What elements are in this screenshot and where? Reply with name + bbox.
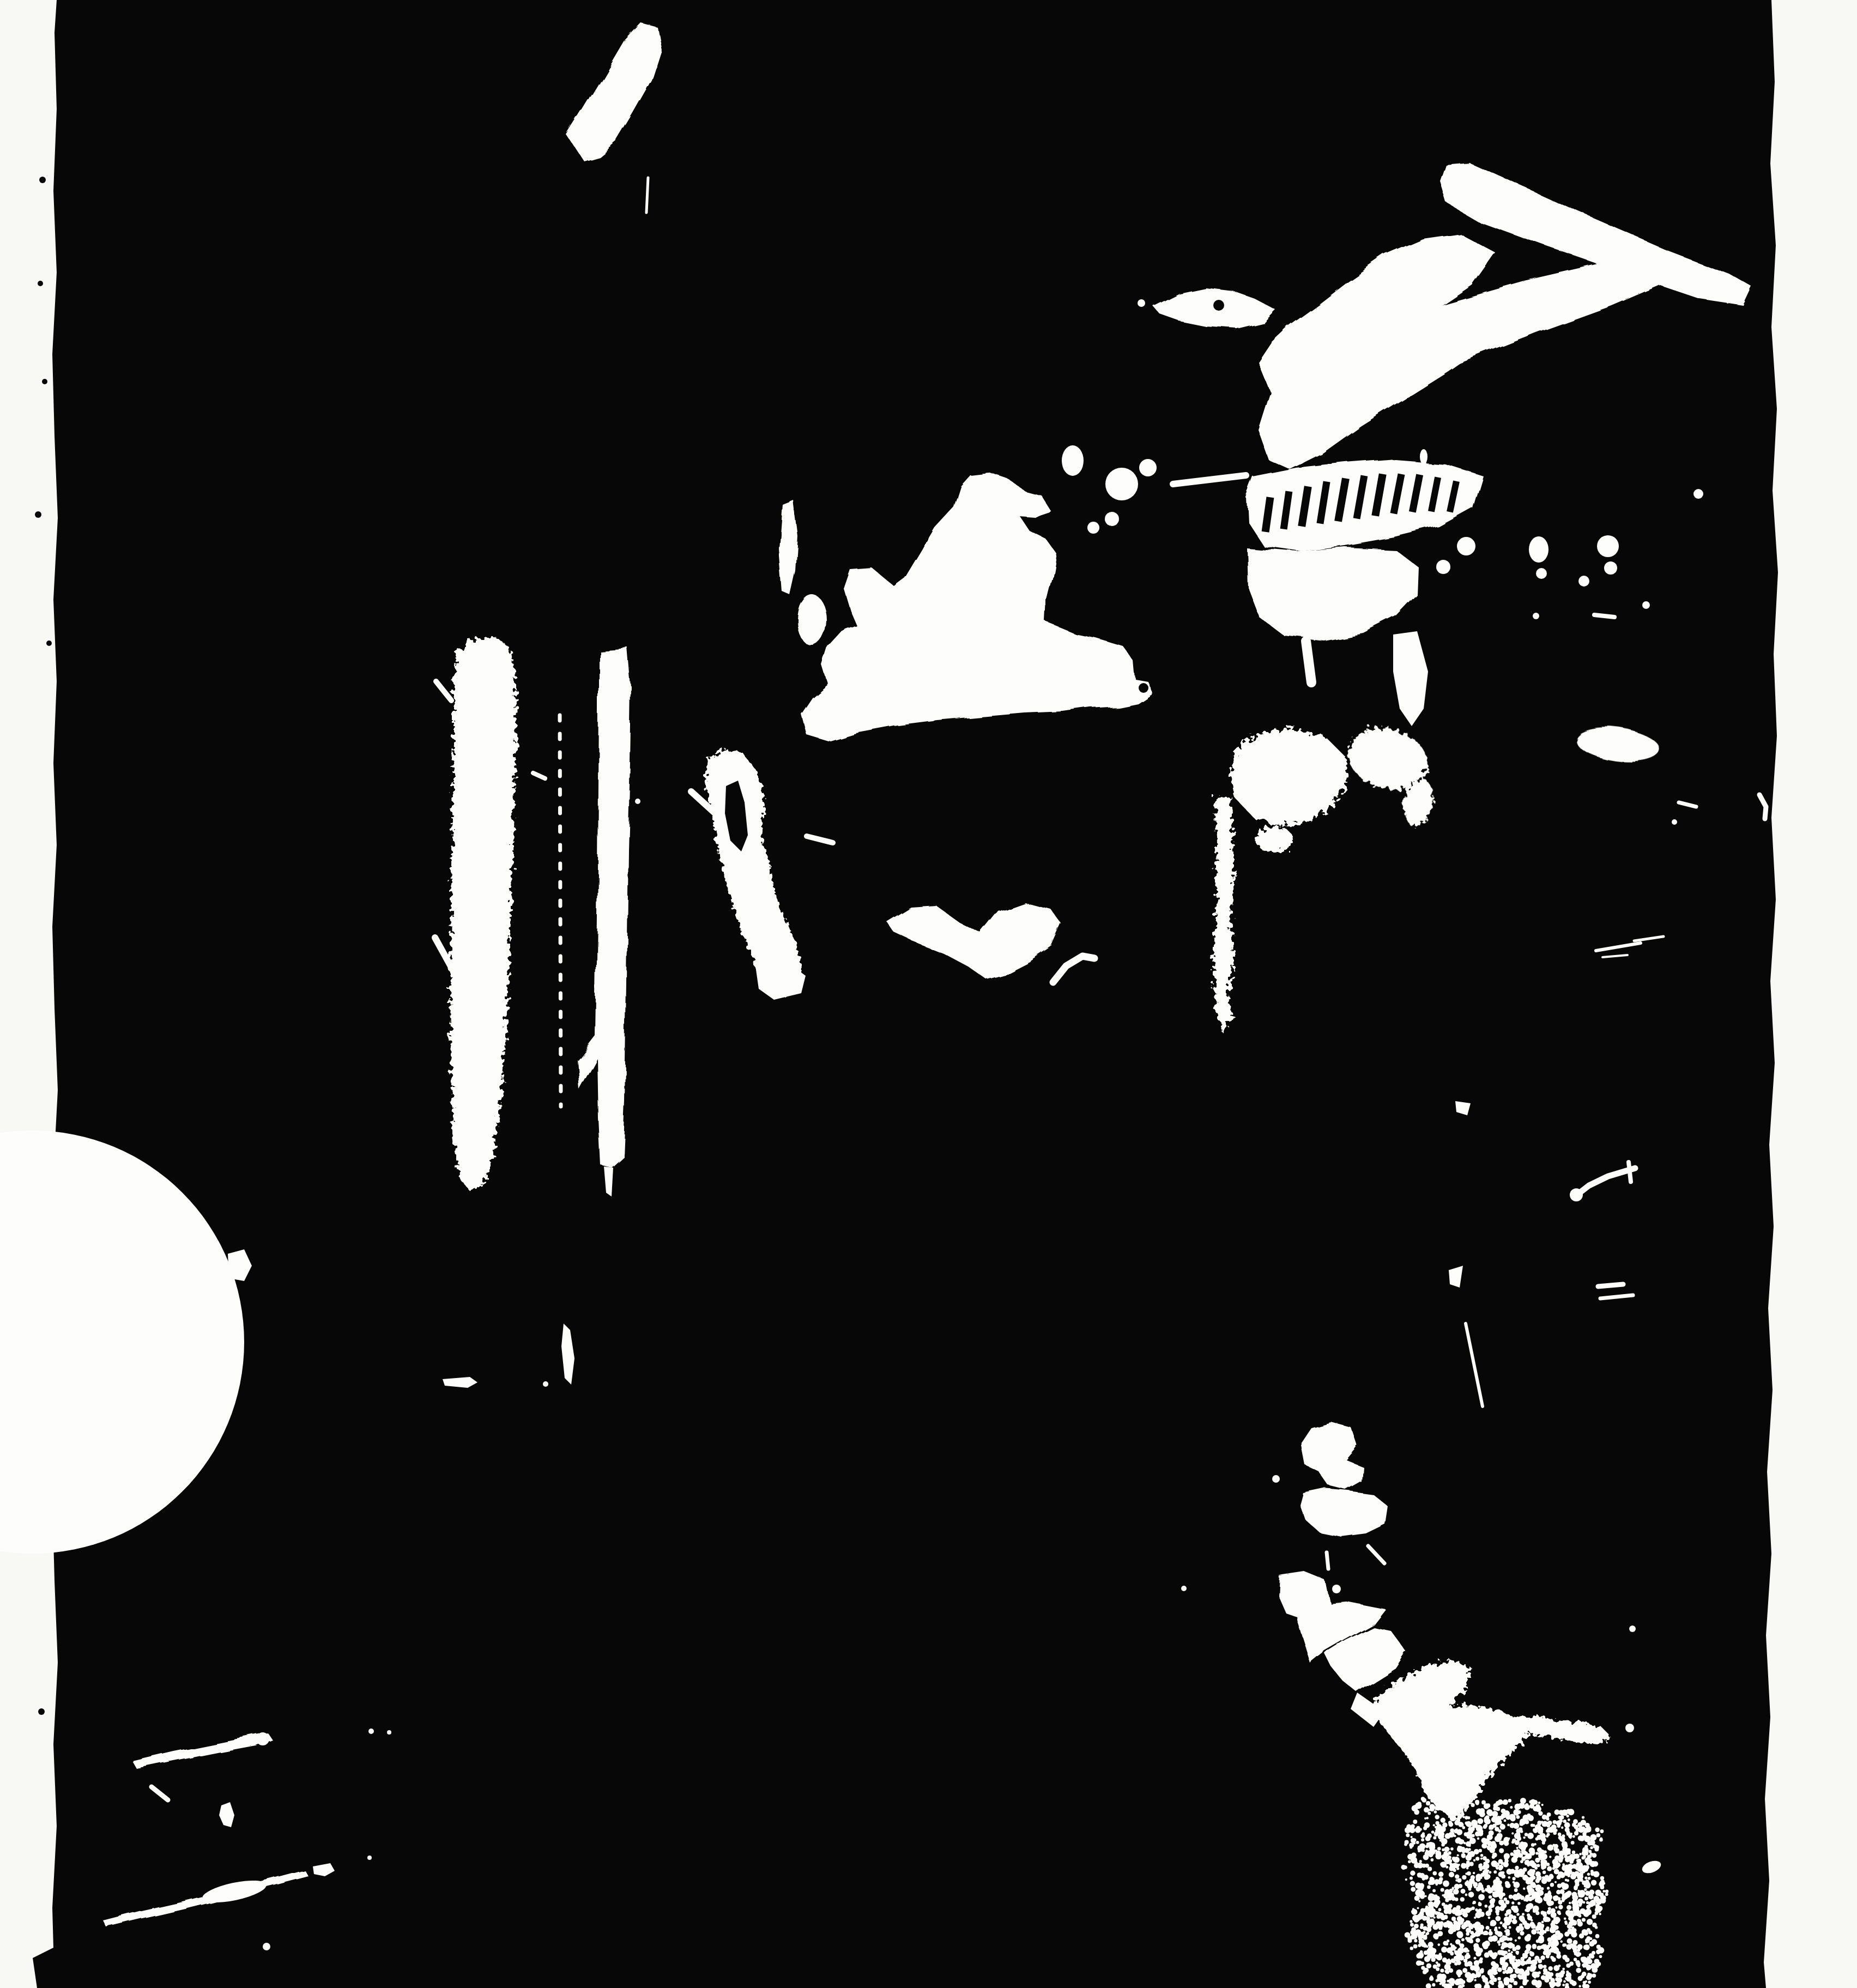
speckle-dot <box>1584 1836 1590 1842</box>
swoosh-head <box>1570 1188 1583 1201</box>
speckle-dot <box>1437 1901 1439 1904</box>
speckle-dot <box>1573 1907 1580 1914</box>
speckle-dot <box>1479 1912 1485 1917</box>
speckle-dot <box>1576 1968 1581 1973</box>
speckle-dot <box>1493 1963 1499 1969</box>
speckle-dot <box>1541 1864 1546 1869</box>
speckle-dot <box>1544 1944 1547 1948</box>
speckle-dot <box>1496 1866 1499 1870</box>
speckle-dot <box>1520 1830 1523 1833</box>
speckle-dot <box>1589 1953 1593 1957</box>
speckle-dot <box>1458 1822 1463 1827</box>
speckle-dot <box>1434 1879 1439 1884</box>
speckle-dot <box>1566 1905 1571 1910</box>
speckle-dot <box>1425 1911 1431 1917</box>
speckle-dot <box>1423 1970 1427 1974</box>
speckle-dot <box>1598 1906 1602 1911</box>
speck <box>368 1729 374 1734</box>
speckle-dot <box>1448 1822 1453 1827</box>
speckle-dot <box>1448 1929 1454 1934</box>
speckle-dot <box>1562 1896 1566 1901</box>
speckle-dot <box>1557 1911 1561 1914</box>
speckle-dot <box>1595 1845 1599 1850</box>
speckle-dot <box>1528 1957 1532 1960</box>
speckle-dot <box>1449 1968 1453 1973</box>
speckle-dot <box>1489 1847 1495 1853</box>
speckle-dot <box>1485 1905 1488 1908</box>
speckle-dot <box>1520 1960 1526 1966</box>
speckle-dot <box>1442 1957 1447 1962</box>
speckle-dot <box>1437 1963 1441 1967</box>
console-drip-2 <box>1306 641 1311 682</box>
speckle-dot <box>1530 1961 1533 1964</box>
speckle-dot <box>1516 1815 1520 1819</box>
speckle-dot <box>1534 1801 1538 1805</box>
speckle-dot <box>1554 1856 1559 1860</box>
speckle-dot <box>1419 1860 1422 1863</box>
speckle-dot <box>1547 1877 1552 1882</box>
speckle-dot <box>1495 1972 1498 1974</box>
speckle-dot <box>1507 1824 1510 1827</box>
speckle-dot <box>1516 1953 1519 1955</box>
speckle-dot <box>1460 1806 1464 1810</box>
speckle-dot <box>1497 1910 1500 1913</box>
speckle-dot <box>1554 1881 1557 1883</box>
speck <box>1672 819 1677 825</box>
speckle-dot <box>1574 1885 1578 1889</box>
speckle-dot <box>1586 1936 1590 1941</box>
speck <box>543 1381 548 1387</box>
knob <box>1105 468 1138 500</box>
speckle-dot <box>1514 1897 1517 1900</box>
speckle-dot <box>1515 1866 1519 1870</box>
speckle-dot <box>1454 1835 1456 1838</box>
speckle-dot <box>1592 1967 1598 1973</box>
speckle-dot <box>1417 1802 1422 1806</box>
speckle-dot <box>1602 1890 1605 1893</box>
speckle-dot <box>1502 1893 1505 1896</box>
speckle-dot <box>1466 1937 1472 1943</box>
speckle-dot <box>1535 1838 1539 1841</box>
speckle-dot <box>1455 1925 1461 1931</box>
speckle-dot <box>1420 1924 1424 1927</box>
speckle-dot <box>1487 1885 1490 1888</box>
speckle-dot <box>1411 1887 1416 1892</box>
speckle-dot <box>1411 1927 1416 1932</box>
speckle-dot <box>1465 1972 1471 1978</box>
speckle-dot <box>1547 1945 1551 1949</box>
speckle-dot <box>1508 1967 1511 1971</box>
speckle-dot <box>1426 1843 1429 1845</box>
speckle-dot <box>1582 1856 1585 1859</box>
speckle-dot <box>1466 1908 1469 1911</box>
speckle-dot <box>1499 1871 1504 1876</box>
speckle-dot <box>1414 1895 1420 1901</box>
speckle-dot <box>1498 1799 1503 1805</box>
speckle-dot <box>1537 1931 1540 1933</box>
speckle-dot <box>1492 1811 1498 1817</box>
speckle-dot <box>1508 1799 1511 1802</box>
speckle-dot <box>1514 1888 1518 1892</box>
speckle-dot <box>1455 1808 1457 1811</box>
speckle-dot <box>1455 1898 1459 1901</box>
speckle-dot <box>1577 1890 1580 1892</box>
speckle-dot <box>1430 1806 1435 1811</box>
speckle-dot <box>1571 1841 1575 1845</box>
speckle-dot <box>1457 1932 1463 1938</box>
speckle-dot <box>1420 1962 1424 1965</box>
speckle-dot <box>1454 1980 1457 1984</box>
speckle-dot <box>1475 1874 1481 1880</box>
speckle-dot <box>1504 1930 1507 1933</box>
speckle-dot <box>1437 1847 1441 1851</box>
speckle-dot <box>1547 1866 1552 1871</box>
speckle-dot <box>1495 1930 1499 1935</box>
speckle-dot <box>1513 1852 1519 1858</box>
speckle-dot <box>1535 1911 1539 1915</box>
speckle-dot <box>1516 1847 1519 1849</box>
speckle-dot <box>1511 1832 1514 1834</box>
speckle-dot <box>1431 1830 1435 1834</box>
speckle-dot <box>1543 1911 1546 1915</box>
speckle-dot <box>1410 1947 1413 1950</box>
speckle-dot <box>1564 1886 1567 1889</box>
knob <box>1062 445 1084 476</box>
speckle-dot <box>1493 1870 1497 1874</box>
speckle-dot <box>1438 1872 1444 1877</box>
speckle-dot <box>1595 1926 1598 1929</box>
speckle-dot <box>1516 1832 1521 1836</box>
speckle-dot <box>1547 1827 1552 1833</box>
speckle-dot <box>1533 1807 1538 1811</box>
speckle-dot <box>1509 1926 1511 1929</box>
speckle-dot <box>1504 1943 1509 1947</box>
knob <box>1578 576 1589 587</box>
speckle-dot <box>1498 1926 1501 1929</box>
speckle-dot <box>1481 1843 1487 1848</box>
speckle-dot <box>1450 1894 1454 1898</box>
speckle-dot <box>1495 1805 1498 1808</box>
speckle-dot <box>1455 1939 1461 1945</box>
speck <box>263 1943 270 1950</box>
speckle-dot <box>1492 1892 1498 1898</box>
speckle-dot <box>1511 1906 1516 1911</box>
speckle-dot <box>1533 1910 1536 1913</box>
speckle-dot <box>1533 1967 1536 1970</box>
speckle-dot <box>1529 1816 1532 1818</box>
speckle-dot <box>1439 1921 1444 1926</box>
speckle-dot <box>1543 1965 1547 1968</box>
speckle-dot <box>1519 1916 1525 1921</box>
speckle-dot <box>1588 1981 1591 1984</box>
speckle-dot <box>1419 1844 1426 1850</box>
speckle-dot <box>1577 1952 1581 1956</box>
speckle-dot <box>1462 1968 1467 1973</box>
speckle-dot <box>1449 1859 1453 1863</box>
speckle-dot <box>1479 1814 1481 1816</box>
speckle-dot <box>1502 1802 1505 1805</box>
speckle-dot <box>1584 1888 1587 1891</box>
speckle-dot <box>1505 1900 1510 1905</box>
speckle-dot <box>1410 1877 1413 1880</box>
speckle-dot <box>1410 1923 1414 1927</box>
speckle-dot <box>1429 1842 1433 1846</box>
speckle-dot <box>1473 1859 1475 1862</box>
speckle-dot <box>1466 1977 1472 1983</box>
speckle-dot <box>1478 1884 1483 1889</box>
speckle-dot <box>1480 1858 1483 1860</box>
speckle-dot <box>1468 1892 1474 1898</box>
speckle-dot <box>1525 1833 1528 1836</box>
speckle-dot <box>1475 1800 1479 1804</box>
speckle-dot <box>1538 1802 1541 1804</box>
speckle-dot <box>1587 1855 1591 1859</box>
speckle-dot <box>1498 1899 1504 1905</box>
speckle-dot <box>1523 1978 1526 1981</box>
speckle-dot <box>1445 1866 1448 1869</box>
speckle-dot <box>1436 1798 1439 1801</box>
speckle-dot <box>1540 1955 1545 1960</box>
speckle-dot <box>1462 1826 1466 1829</box>
speckle-dot <box>1488 1917 1491 1919</box>
speckle-dot <box>1573 1940 1578 1945</box>
speckle-dot <box>1518 1936 1521 1939</box>
speckle-dot <box>1455 1910 1462 1916</box>
speckle-dot <box>1461 1938 1465 1941</box>
speckle-dot <box>1523 1888 1525 1890</box>
margin-speck <box>38 1708 45 1715</box>
speckle-dot <box>1514 1871 1520 1877</box>
speckle-dot <box>1584 1944 1589 1950</box>
speckle-dot <box>1419 1873 1425 1878</box>
speckle-dot <box>1478 1831 1483 1836</box>
speckle-dot <box>1537 1875 1542 1881</box>
speckle-dot <box>1588 1930 1592 1934</box>
speckle-dot <box>1578 1914 1582 1918</box>
speckle-dot <box>1474 1979 1477 1981</box>
knob <box>1597 535 1619 557</box>
speckle-dot <box>1458 1864 1460 1866</box>
speckle-dot <box>1549 1856 1551 1858</box>
speckle-dot <box>1448 1856 1451 1859</box>
knob <box>1420 449 1427 464</box>
speckle-dot <box>1584 1897 1588 1901</box>
speckle-dot <box>1533 1980 1535 1982</box>
speckle-dot <box>1550 1883 1554 1887</box>
speckle-dot <box>1582 1929 1588 1935</box>
speckle-dot <box>1565 1879 1568 1882</box>
speckle-dot <box>1473 1883 1476 1887</box>
speckle-dot <box>1517 1894 1522 1899</box>
speckle-dot <box>1452 1857 1456 1860</box>
speckle-dot <box>1424 1950 1428 1955</box>
speckle-dot <box>1413 1820 1417 1824</box>
speckle-dot <box>1599 1955 1602 1958</box>
speckle-dot <box>1420 1950 1423 1953</box>
speckle-dot <box>1558 1905 1563 1909</box>
speckle-dot <box>1491 1885 1498 1892</box>
speckle-dot <box>1442 1902 1445 1906</box>
speckle-dot <box>1439 1983 1442 1985</box>
speckle-dot <box>1590 1870 1594 1873</box>
speckle-dot <box>1472 1933 1476 1937</box>
speckle-dot <box>1412 1933 1417 1939</box>
speckle-dot <box>1436 1802 1439 1805</box>
speckle-dot <box>1563 1865 1565 1868</box>
speckle-dot <box>1519 1968 1525 1974</box>
speckle-dot <box>1508 1949 1510 1951</box>
speckle-dot <box>1427 1851 1431 1854</box>
speckle-dot <box>1526 1934 1531 1939</box>
speckle-dot <box>1529 1951 1534 1956</box>
speckle-dot <box>1569 1921 1574 1926</box>
margin-speck <box>39 177 46 183</box>
speckle-dot <box>1537 1980 1542 1986</box>
speckle-dot <box>1546 1954 1550 1958</box>
speckle-dot <box>1527 1833 1534 1839</box>
speckle-dot <box>1431 1858 1434 1862</box>
speckle-dot <box>1573 1949 1578 1954</box>
speckle-dot <box>1473 1901 1476 1904</box>
speckle-dot <box>1584 1858 1591 1864</box>
speckle-dot <box>1499 1961 1502 1963</box>
speckle-dot <box>1569 1975 1571 1977</box>
speckle-dot <box>1534 1956 1539 1961</box>
speckle-dot <box>1594 1959 1600 1964</box>
speckle-dot <box>1417 1907 1419 1910</box>
speckle-dot <box>1415 1827 1421 1833</box>
speckle-dot <box>1418 1900 1420 1902</box>
speckle-dot <box>1571 1892 1577 1898</box>
margin-speck <box>38 281 43 286</box>
speckle-dot <box>1539 1857 1541 1860</box>
speckle-dot <box>1479 1868 1483 1871</box>
speckle-dot <box>1489 1895 1492 1899</box>
speckle-dot <box>1581 1957 1585 1961</box>
speckle-dot <box>1423 1936 1427 1940</box>
speckle-dot <box>1463 1842 1466 1845</box>
speckle-dot <box>1578 1835 1583 1841</box>
speckle-dot <box>1520 1931 1524 1935</box>
speck <box>387 1730 391 1735</box>
speckle-dot <box>1473 1872 1475 1874</box>
speckle-dot <box>1596 1833 1601 1838</box>
speckle-dot <box>1587 1873 1590 1876</box>
speckle-dot <box>1539 1935 1544 1941</box>
knob <box>1087 522 1099 534</box>
speckle-dot <box>1489 1871 1491 1874</box>
speckle-dot <box>1418 1850 1420 1853</box>
central-mass-hole <box>1139 683 1148 693</box>
speckle-dot <box>1495 1827 1499 1832</box>
speckle-dot <box>1462 1875 1466 1880</box>
speckle-dot <box>1410 1826 1414 1830</box>
speckle-dot <box>1562 1810 1568 1816</box>
speckle-dot <box>1515 1840 1520 1845</box>
speckle-dot <box>1435 1935 1438 1938</box>
speckle-dot <box>1454 1956 1459 1961</box>
speckle-dot <box>1429 1977 1433 1981</box>
speckle-dot <box>1558 1972 1564 1978</box>
speckle-dot <box>1438 1933 1441 1936</box>
print-scan-stage <box>0 0 1857 1988</box>
margin-speck <box>46 640 52 646</box>
speckle-dot <box>1593 1861 1598 1866</box>
speckle-dot <box>1443 1915 1448 1919</box>
speckle-dot <box>1457 1818 1460 1821</box>
speckle-dot <box>1524 1818 1527 1822</box>
speckle-dot <box>1449 1978 1455 1985</box>
speckle-dot <box>1453 1920 1457 1924</box>
speckle-dot <box>1499 1848 1504 1853</box>
speckle-dot <box>1526 1972 1530 1976</box>
floor-streak-nub <box>256 1732 269 1745</box>
speckle-dot <box>1433 1904 1437 1907</box>
speckle-dot <box>1588 1850 1592 1853</box>
speckle-dot <box>1477 1809 1483 1815</box>
speckle-dot <box>1542 1815 1547 1820</box>
speckle-dot <box>1454 1829 1459 1833</box>
speckle-dot <box>1538 1971 1541 1974</box>
speckle-dot <box>1554 1917 1560 1923</box>
speckle-dot <box>1471 1803 1475 1807</box>
left-arm-blob <box>796 594 826 645</box>
speckle-dot <box>1541 1921 1544 1924</box>
speckle-dot <box>1459 1884 1463 1888</box>
speckle-dot <box>1433 1965 1437 1969</box>
speckle-dot <box>1562 1955 1567 1960</box>
speckle-dot <box>1539 1890 1542 1893</box>
speckle-dot <box>1565 1910 1571 1916</box>
speckle-dot <box>1582 1816 1584 1818</box>
speckle-dot <box>1497 1940 1501 1943</box>
speckle-dot <box>1523 1899 1526 1901</box>
speckle-dot <box>1585 1823 1590 1828</box>
speckle-dot <box>1508 1876 1511 1879</box>
speckle-dot <box>1504 1856 1508 1860</box>
speckle-dot <box>1523 1868 1527 1872</box>
tick <box>1629 1162 1631 1182</box>
speckle-dot <box>1582 1972 1587 1977</box>
speckle-dot <box>1414 1863 1419 1868</box>
speckle-dot <box>1522 1913 1525 1916</box>
speck <box>1332 1585 1341 1593</box>
speckle-dot <box>1464 1848 1469 1853</box>
speckle-dot <box>1508 1918 1512 1922</box>
speckle-dot <box>1572 1899 1578 1906</box>
speckle-dot <box>1547 1929 1549 1931</box>
speckle-dot <box>1441 1888 1444 1892</box>
speckle-dot <box>1595 1934 1600 1938</box>
speckle-dot <box>1535 1884 1541 1890</box>
speckle-dot <box>1565 1922 1568 1925</box>
speckle-dot <box>1442 1806 1448 1812</box>
speckle-dot <box>1588 1894 1594 1900</box>
speckle-dot <box>1586 1941 1588 1943</box>
speckle-dot <box>1412 1908 1414 1910</box>
speckle-dot <box>1444 1909 1449 1914</box>
speckle-dot <box>1418 1944 1421 1947</box>
speckle-dot <box>1542 1841 1545 1845</box>
speckle-dot <box>1443 1881 1449 1887</box>
speckle-dot <box>1423 1926 1427 1931</box>
knob <box>1436 560 1450 574</box>
speckle-dot <box>1559 1836 1565 1842</box>
speckle-dot <box>1448 1787 1453 1792</box>
speckle-dot <box>1486 1926 1490 1930</box>
speckle-dot <box>1605 1893 1608 1896</box>
speckle-dot <box>1567 1864 1573 1870</box>
